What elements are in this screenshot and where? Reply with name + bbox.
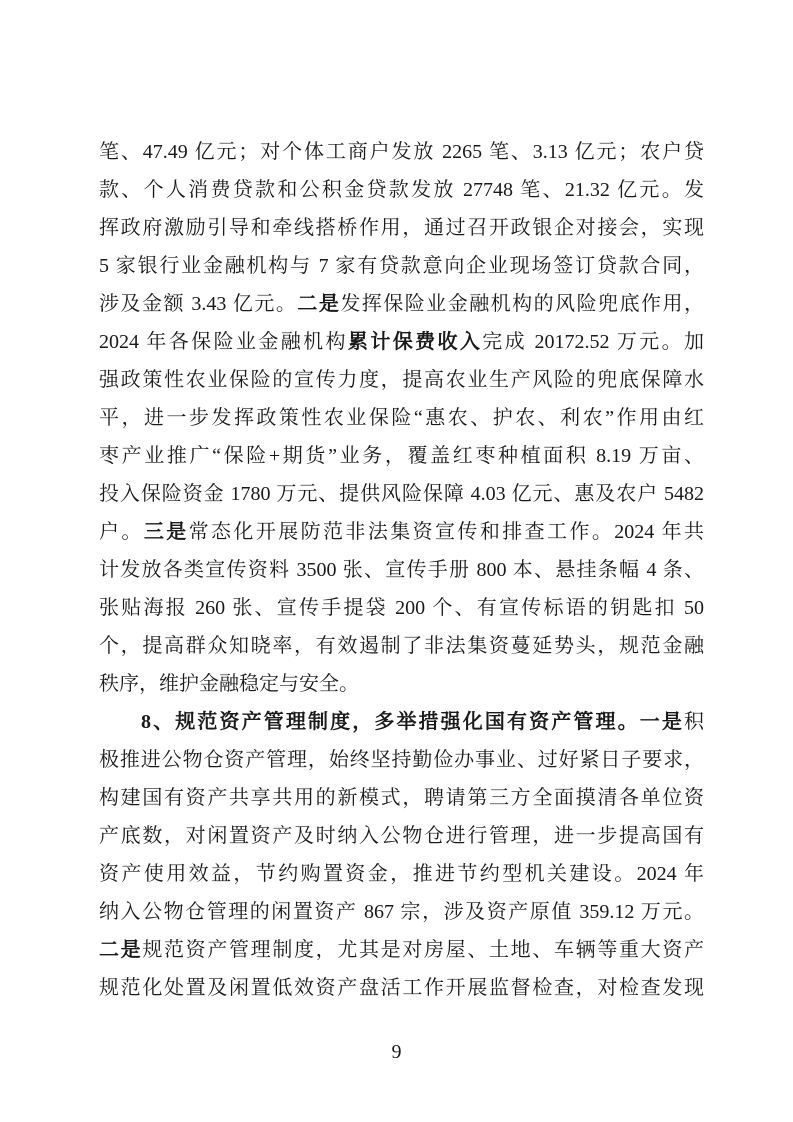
text-run: 投入保险资金 1780 万元、提供风险保障 4.03 亿元、惠及农户 5482 [99, 483, 704, 505]
text-line: 二是规范资产管理制度，尤其是对房屋、土地、车辆等重大资产 [99, 931, 704, 969]
text-line: 纳入公物仓管理的闲置资产 867 宗，涉及资产原值 359.12 万元。 [99, 893, 704, 931]
text-run: 2024 年各保险业金融机构 [99, 331, 348, 353]
text-run: 张贴海报 260 张、宣传手提袋 200 个、有宣传标语的钥匙扣 50 [99, 597, 704, 619]
text-run: 构建国有资产共享共用的新模式，聘请第三方全面摸清各单位资 [99, 787, 704, 809]
section-heading-line: 8、规范资产管理制度，多举措强化国有资产管理。一是积 [99, 703, 704, 741]
text-run: 秩序，维护金融稳定与安全。 [99, 673, 359, 695]
text-run: 极推进公物仓资产管理，始终坚持勤俭办事业、过好紧日子要求， [99, 749, 704, 771]
text-run: 资产使用效益，节约购置资金，推进节约型机关建设。2024 年 [99, 863, 704, 885]
text-run: 涉及金额 3.43 亿元。 [99, 293, 297, 315]
text-line: 极推进公物仓资产管理，始终坚持勤俭办事业、过好紧日子要求， [99, 741, 704, 779]
document-body: 笔、47.49 亿元；对个体工商户发放 2265 笔、3.13 亿元；农户贷 款… [99, 133, 704, 1007]
text-line: 张贴海报 260 张、宣传手提袋 200 个、有宣传标语的钥匙扣 50 [99, 589, 704, 627]
document-page: 笔、47.49 亿元；对个体工商户发放 2265 笔、3.13 亿元；农户贷 款… [0, 0, 793, 1122]
text-run: 规范化处置及闲置低效资产盘活工作开展监督检查，对检查发现 [99, 977, 704, 999]
text-line: 秩序，维护金融稳定与安全。 [99, 665, 704, 703]
text-line: 平，进一步发挥政策性农业保险“惠农、护农、利农”作用由红 [99, 399, 704, 437]
text-line: 笔、47.49 亿元；对个体工商户发放 2265 笔、3.13 亿元；农户贷 [99, 133, 704, 171]
bold-text-run: 二是 [99, 939, 142, 961]
text-line: 构建国有资产共享共用的新模式，聘请第三方全面摸清各单位资 [99, 779, 704, 817]
text-line: 规范化处置及闲置低效资产盘活工作开展监督检查，对检查发现 [99, 969, 704, 1007]
text-line: 款、个人消费贷款和公积金贷款发放 27748 笔、21.32 亿元。发 [99, 171, 704, 209]
text-run: 款、个人消费贷款和公积金贷款发放 27748 笔、21.32 亿元。发 [99, 179, 704, 201]
text-line: 2024 年各保险业金融机构累计保费收入完成 20172.52 万元。加 [99, 323, 704, 361]
text-run: 常态化开展防范非法集资宣传和排查工作。2024 年共 [189, 521, 704, 543]
text-line: 资产使用效益，节约购置资金，推进节约型机关建设。2024 年 [99, 855, 704, 893]
text-line: 户。三是常态化开展防范非法集资宣传和排查工作。2024 年共 [99, 513, 704, 551]
text-run: 产底数，对闲置资产及时纳入公物仓进行管理，进一步提高国有 [99, 825, 704, 847]
text-run: 完成 20172.52 万元。加 [482, 331, 704, 353]
text-line: 强政策性农业保险的宣传力度，提高农业生产风险的兜底保障水 [99, 361, 704, 399]
text-run: 积 [684, 711, 704, 733]
text-run: 平，进一步发挥政策性农业保险“惠农、护农、利农”作用由红 [99, 407, 704, 429]
text-run: 个，提高群众知晓率，有效遏制了非法集资蔓延势头，规范金融 [99, 635, 704, 657]
text-line: 挥政府激励引导和牵线搭桥作用，通过召开政银企对接会，实现 [99, 209, 704, 247]
text-run: 户。 [99, 521, 144, 543]
text-line: 计发放各类宣传资料 3500 张、宣传手册 800 本、悬挂条幅 4 条、 [99, 551, 704, 589]
bold-text-run: 8、规范资产管理制度，多举措强化国有资产管理。一是 [141, 711, 684, 733]
text-run: 纳入公物仓管理的闲置资产 867 宗，涉及资产原值 359.12 万元。 [99, 901, 704, 923]
text-run: 枣产业推广“保险+期货”业务，覆盖红枣种植面积 8.19 万亩、 [99, 445, 704, 467]
text-line: 产底数，对闲置资产及时纳入公物仓进行管理，进一步提高国有 [99, 817, 704, 855]
text-line: 枣产业推广“保险+期货”业务，覆盖红枣种植面积 8.19 万亩、 [99, 437, 704, 475]
bold-text-run: 三是 [144, 521, 189, 543]
text-run: 计发放各类宣传资料 3500 张、宣传手册 800 本、悬挂条幅 4 条、 [99, 559, 704, 581]
text-line: 涉及金额 3.43 亿元。二是发挥保险业金融机构的风险兜底作用， [99, 285, 704, 323]
text-line: 5 家银行业金融机构与 7 家有贷款意向企业现场签订贷款合同， [99, 247, 704, 285]
text-run: 挥政府激励引导和牵线搭桥作用，通过召开政银企对接会，实现 [99, 217, 704, 239]
bold-text-run: 二是 [297, 293, 340, 315]
text-line: 投入保险资金 1780 万元、提供风险保障 4.03 亿元、惠及农户 5482 [99, 475, 704, 513]
text-run: 规范资产管理制度，尤其是对房屋、土地、车辆等重大资产 [142, 939, 704, 961]
text-run: 发挥保险业金融机构的风险兜底作用， [340, 293, 704, 315]
bold-text-run: 累计保费收入 [348, 331, 482, 353]
text-line: 个，提高群众知晓率，有效遏制了非法集资蔓延势头，规范金融 [99, 627, 704, 665]
text-run: 笔、47.49 亿元；对个体工商户发放 2265 笔、3.13 亿元；农户贷 [99, 141, 704, 163]
page-number: 9 [0, 1039, 793, 1065]
text-run: 5 家银行业金融机构与 7 家有贷款意向企业现场签订贷款合同， [99, 255, 704, 277]
text-run: 强政策性农业保险的宣传力度，提高农业生产风险的兜底保障水 [99, 369, 704, 391]
